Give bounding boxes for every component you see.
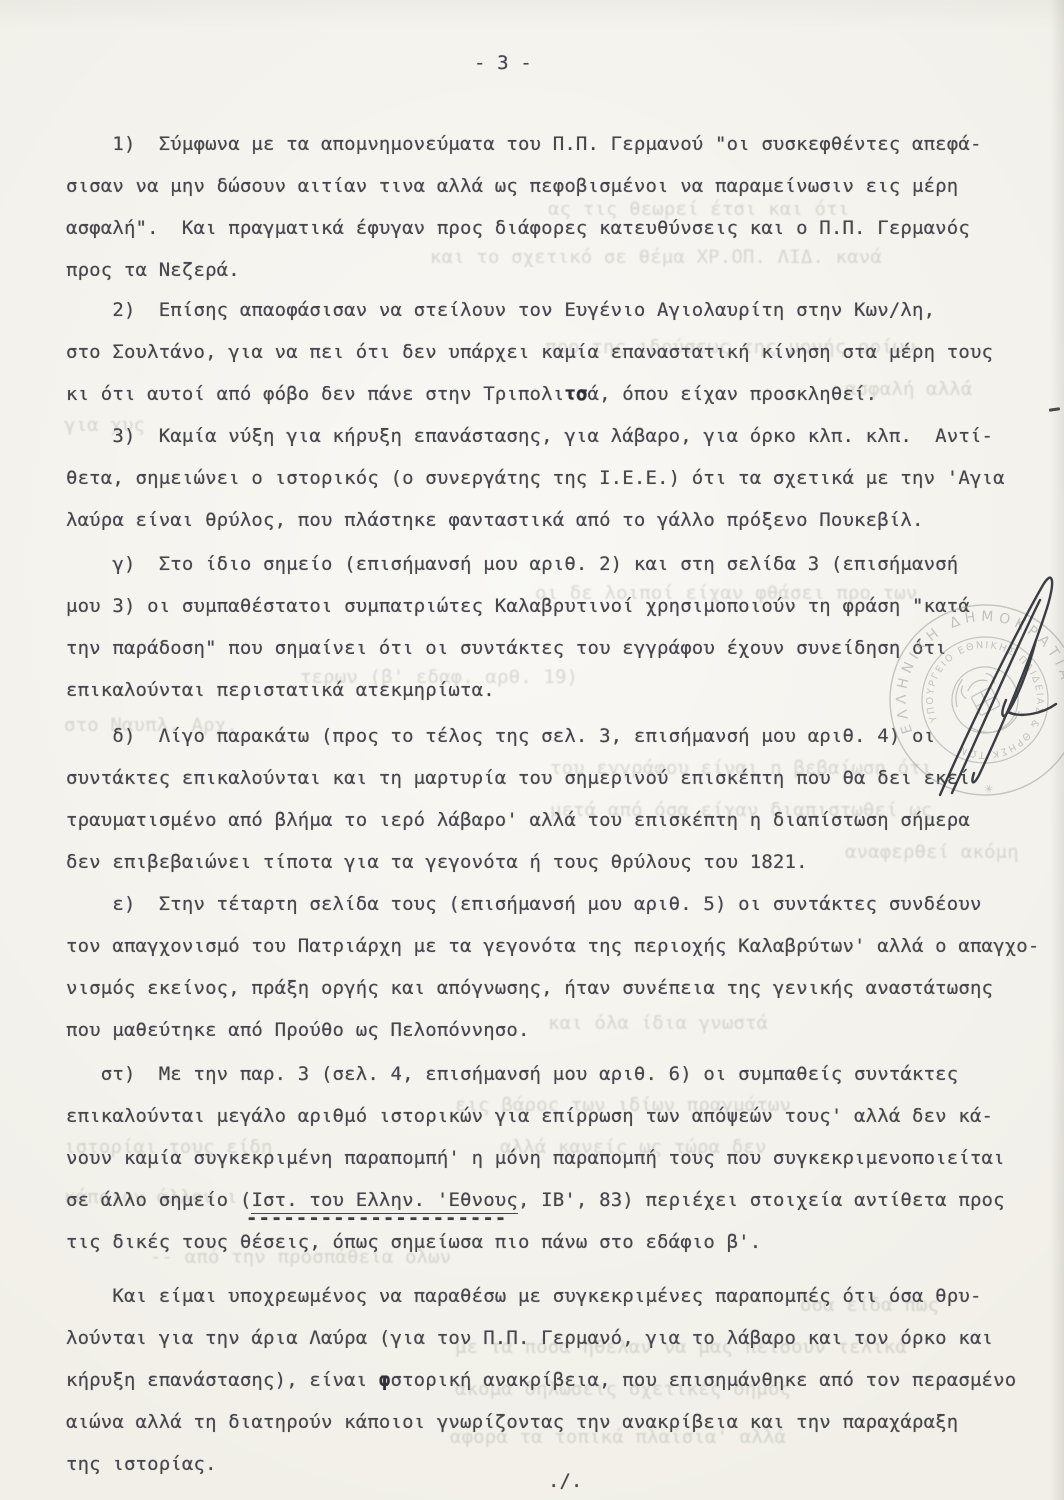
- ghost-line: και το σχετικό σε θέμα ΧΡ.ΟΠ. ΛΙΔ. κανά: [430, 246, 882, 268]
- typed-line: επικαλούνται περιστατικά ατεκμηρίωτα.: [66, 679, 495, 701]
- typed-line: σισαν να μην δώσουν αιτίαν τινα αλλά ως …: [66, 175, 958, 197]
- typed-line: την παράδοση" που σημαίνει ότι οι συντάκ…: [66, 637, 947, 659]
- typed-line: δεν επιβεβαιώνει τίποτα για τα γεγονότα …: [66, 851, 808, 873]
- typed-line: δ) Λίγο παρακάτω (προς το τέλος της σελ.…: [66, 725, 935, 747]
- typed-line: λαύρα είναι θρύλος, που πλάστηκε φανταστ…: [66, 509, 924, 531]
- typed-line: νουν καμία συγκεκριμένη παραπομπή' η μόν…: [66, 1147, 1005, 1169]
- scanned-document-page: ας τις θεωρεί έτσι και ότικαι το σχετικό…: [0, 0, 1064, 1500]
- typed-line: συντάκτες επικαλούνται και τη μαρτυρία τ…: [66, 767, 970, 789]
- typed-line: λούνται για την άρια Λαύρα (για τον Π.Π.…: [66, 1327, 993, 1349]
- typed-line: 2) Επίσης απαοφάσισαν να στείλουν τον Ευ…: [66, 299, 935, 321]
- overstrike-correction: τστο: [564, 383, 587, 405]
- typed-line: 1) Σύμφωνα με τα απομνημονεύματα του Π.Π…: [66, 133, 982, 155]
- continuation-mark: ./.: [548, 1470, 582, 1492]
- typed-line: στο Σουλτάνο, για να πει ότι δεν υπάρχει…: [66, 341, 993, 363]
- typed-line: θετα, σημειώνει ο ιστορικός (ο συνεργάτη…: [66, 467, 1005, 489]
- signature: [900, 545, 1064, 815]
- typed-line: νισμός εκείνος, πράξη οργής και απόγνωση…: [66, 977, 993, 999]
- typed-line: κι ότι αυτοί από φόβο δεν πάνε στην Τριπ…: [66, 383, 877, 405]
- underline-dashes: ---------------------: [246, 1207, 507, 1229]
- signature-tail: [1008, 704, 1056, 715]
- scan-edge-mark: [1049, 407, 1060, 412]
- page-number: - 3 -: [474, 52, 532, 74]
- typed-line: στ) Με την παρ. 3 (σελ. 4, επισήμανσή μο…: [66, 1063, 958, 1085]
- signature-inner-stroke: [952, 600, 1040, 793]
- typed-line: προς τα Νεζερά.: [66, 259, 240, 281]
- typed-line: μου 3) οι συμπαθέστατοι συμπατριώτες Καλ…: [66, 595, 970, 617]
- ghost-line: και όλα ίδια γνωστά: [548, 1012, 768, 1034]
- typed-line: Και είμαι υποχρεωμένος να παραθέσω με συ…: [66, 1285, 982, 1307]
- typed-line: ε) Στην τέταρτη σελίδα τους (επισήμανσή …: [66, 893, 982, 915]
- typed-line: τραυματισμένο από βλήμα το ιερό λάβαρο' …: [66, 809, 970, 831]
- typed-line: αιώνα αλλά τη διατηρούν κάποιοι γνωρίζον…: [66, 1411, 958, 1433]
- ghost-line: αναφερθεί ακόμη: [845, 841, 1019, 863]
- typed-line: της ιστορίας.: [66, 1453, 217, 1475]
- typed-line: γ) Στο ίδιο σημείο (επισήμανσή μου αριθ.…: [66, 553, 958, 575]
- typed-line: κήρυξη επανάστασης), είναι ιφστορική ανα…: [66, 1369, 1016, 1391]
- typed-line: ασφαλή". Και πραγματικά έφυγαν προς διάφ…: [66, 217, 970, 239]
- typed-line: τον απαγχονισμό του Πατριάρχη με τα γεγο…: [66, 935, 1039, 957]
- typed-line: επικαλούνται μεγάλο αριθμό ιστορικών για…: [66, 1105, 993, 1127]
- typed-line: 3) Καμία νύξη για κήρυξη επανάστασης, γι…: [66, 425, 993, 447]
- typed-line: που μαθεύτηκε από Προύθο ως Πελοπόννησο.: [66, 1019, 530, 1041]
- typed-line: τις δικές τους θέσεις, όπως σημείωσα πιο…: [66, 1231, 761, 1253]
- overstrike-correction: ιφ: [379, 1369, 391, 1391]
- typed-line: σε άλλο σημείο (Ιστ. του Ελλην. 'Εθνους,…: [66, 1189, 1005, 1211]
